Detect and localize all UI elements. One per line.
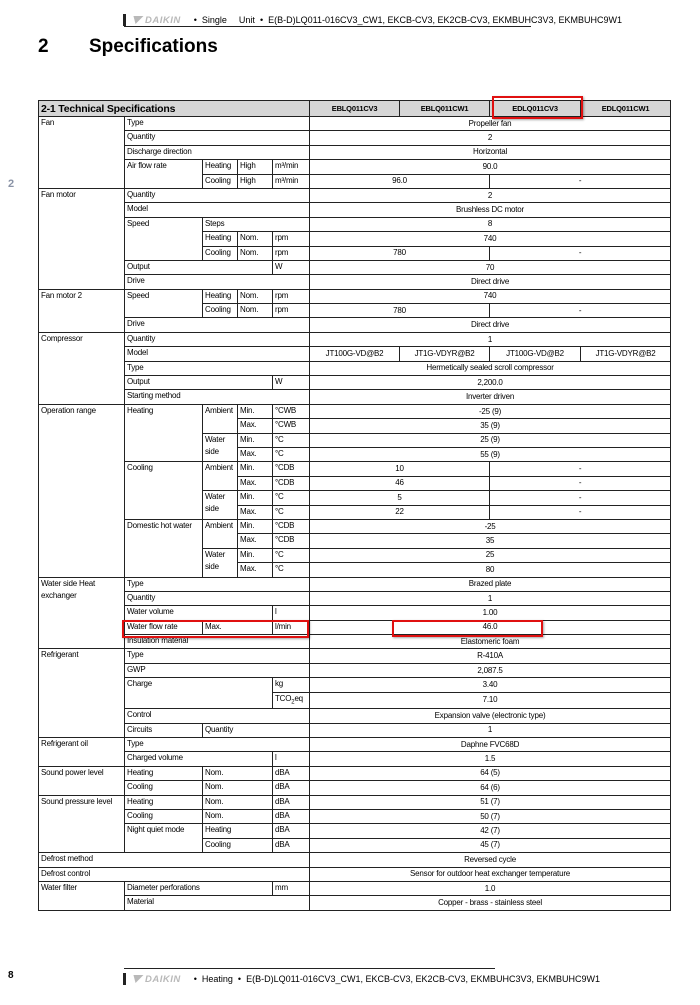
header-rule <box>124 26 531 27</box>
tco2eq-unit: TCO2eq <box>273 692 310 709</box>
group-label: Water filter <box>39 881 125 910</box>
header-bar <box>123 14 126 26</box>
group-label: Fan motor 2 <box>39 289 125 332</box>
table-row: Refrigerant Type R-410A <box>39 649 671 663</box>
table-row: Water filter Diameter perforations mm 1.… <box>39 881 671 895</box>
table-row: Drive Direct drive <box>39 275 671 289</box>
table-row: Discharge direction Horizontal <box>39 145 671 159</box>
table-row-water-flow-rate: Water flow rate Max. l/min 46.0 <box>39 620 671 634</box>
header-models: E(B-D)LQ011-016CV3_CW1, EKCB-CV3, EK2CB-… <box>268 15 622 25</box>
table-row: Model JT100G-VD@B2 JT1G-VDYR@B2 JT100G-V… <box>39 347 671 361</box>
table-row: Fan motor Quantity 2 <box>39 188 671 202</box>
table-row: Cooling Nom. dBA 64 (6) <box>39 781 671 795</box>
table-row: Water volume l 1.00 <box>39 606 671 620</box>
group-label: Fan motor <box>39 188 125 289</box>
table-row: Air flow rate Heating High m³/min 90.0 <box>39 160 671 174</box>
group-label: Refrigerant <box>39 649 125 738</box>
table-header-row: 2-1 Technical Specifications EBLQ011CV3 … <box>39 101 671 117</box>
table-row: GWP 2,087.5 <box>39 663 671 677</box>
table-row: Insulation material Elastomeric foam <box>39 635 671 649</box>
table-row: Defrost control Sensor for outdoor heat … <box>39 867 671 881</box>
table-title: 2-1 Technical Specifications <box>39 101 310 117</box>
daikin-logo-icon <box>131 975 144 983</box>
footer-rule <box>124 968 495 969</box>
table-row: Quantity 1 <box>39 591 671 605</box>
table-row: Charge kg 3.40 <box>39 678 671 692</box>
page-header: DAIKIN • Single Unit • E(B-D)LQ011-016CV… <box>123 13 622 27</box>
table-row: Compressor Quantity 1 <box>39 332 671 346</box>
table-row: Refrigerant oil Type Daphne FVC68D <box>39 738 671 752</box>
group-label: Fan <box>39 117 125 189</box>
table-row: Domestic hot water Ambient Min. °CDB -25 <box>39 519 671 533</box>
table-row: Model Brushless DC motor <box>39 203 671 217</box>
group-label: Compressor <box>39 332 125 404</box>
table-row: Output W 2,200.0 <box>39 376 671 390</box>
table-row: Speed Steps 8 <box>39 217 671 231</box>
table-row: Cooling Ambient Min. °CDB 10 - <box>39 462 671 476</box>
footer-section: Heating <box>202 974 233 984</box>
daikin-logo: DAIKIN <box>132 974 181 985</box>
group-label: Refrigerant oil <box>39 738 125 767</box>
page-number: 8 <box>8 970 14 981</box>
table-row: Water side Heat exchanger Type Brazed pl… <box>39 577 671 591</box>
table-row: Fan motor 2 Speed Heating Nom. rpm 740 <box>39 289 671 303</box>
table-row: Drive Direct drive <box>39 318 671 332</box>
table-row: Control Expansion valve (electronic type… <box>39 709 671 723</box>
group-label: Sound pressure level <box>39 795 125 853</box>
model-column-header: EBLQ011CW1 <box>400 101 490 117</box>
table-row: Type Hermetically sealed scroll compress… <box>39 361 671 375</box>
side-chapter-marker: 2 <box>8 178 14 190</box>
table-row: Defrost method Reversed cycle <box>39 853 671 867</box>
header-section: Single <box>202 15 227 25</box>
table-row: Output W 70 <box>39 260 671 274</box>
group-label: Water side Heat exchanger <box>39 577 125 649</box>
table-row: Circuits Quantity 1 <box>39 723 671 737</box>
table-row: Cooling Nom. dBA 50 (7) <box>39 809 671 823</box>
table-row: Charged volume l 1.5 <box>39 752 671 766</box>
model-column-header-highlighted: EDLQ011CV3 <box>490 101 581 117</box>
table-row: Starting method Inverter driven <box>39 390 671 404</box>
footer-models: E(B-D)LQ011-016CV3_CW1, EKCB-CV3, EK2CB-… <box>246 974 600 984</box>
daikin-logo-icon <box>131 16 144 24</box>
model-column-header: EDLQ011CW1 <box>581 101 671 117</box>
table-row: Sound pressure level Heating Nom. dBA 51… <box>39 795 671 809</box>
group-label: Operation range <box>39 404 125 577</box>
table-row: Sound power level Heating Nom. dBA 64 (5… <box>39 766 671 780</box>
header-unit-label: Unit <box>239 15 255 25</box>
table-row: Fan Type Propeller fan <box>39 117 671 131</box>
technical-specifications-table: 2-1 Technical Specifications EBLQ011CV3 … <box>38 100 671 911</box>
group-label: Sound power level <box>39 766 125 795</box>
water-flow-rate-value: 46.0 <box>310 620 671 634</box>
daikin-logo: DAIKIN <box>132 15 181 26</box>
table-row: Material Copper - brass - stainless stee… <box>39 896 671 910</box>
table-row: Quantity 2 <box>39 131 671 145</box>
model-column-header: EBLQ011CV3 <box>310 101 400 117</box>
chapter-number: 2 <box>38 36 49 58</box>
table-row: Night quiet mode Heating dBA 42 (7) <box>39 824 671 838</box>
page-footer: DAIKIN • Heating • E(B-D)LQ011-016CV3_CW… <box>123 972 600 986</box>
table-row: Operation range Heating Ambient Min. °CW… <box>39 404 671 418</box>
footer-bar <box>123 973 126 985</box>
chapter-title: Specifications <box>89 36 218 58</box>
